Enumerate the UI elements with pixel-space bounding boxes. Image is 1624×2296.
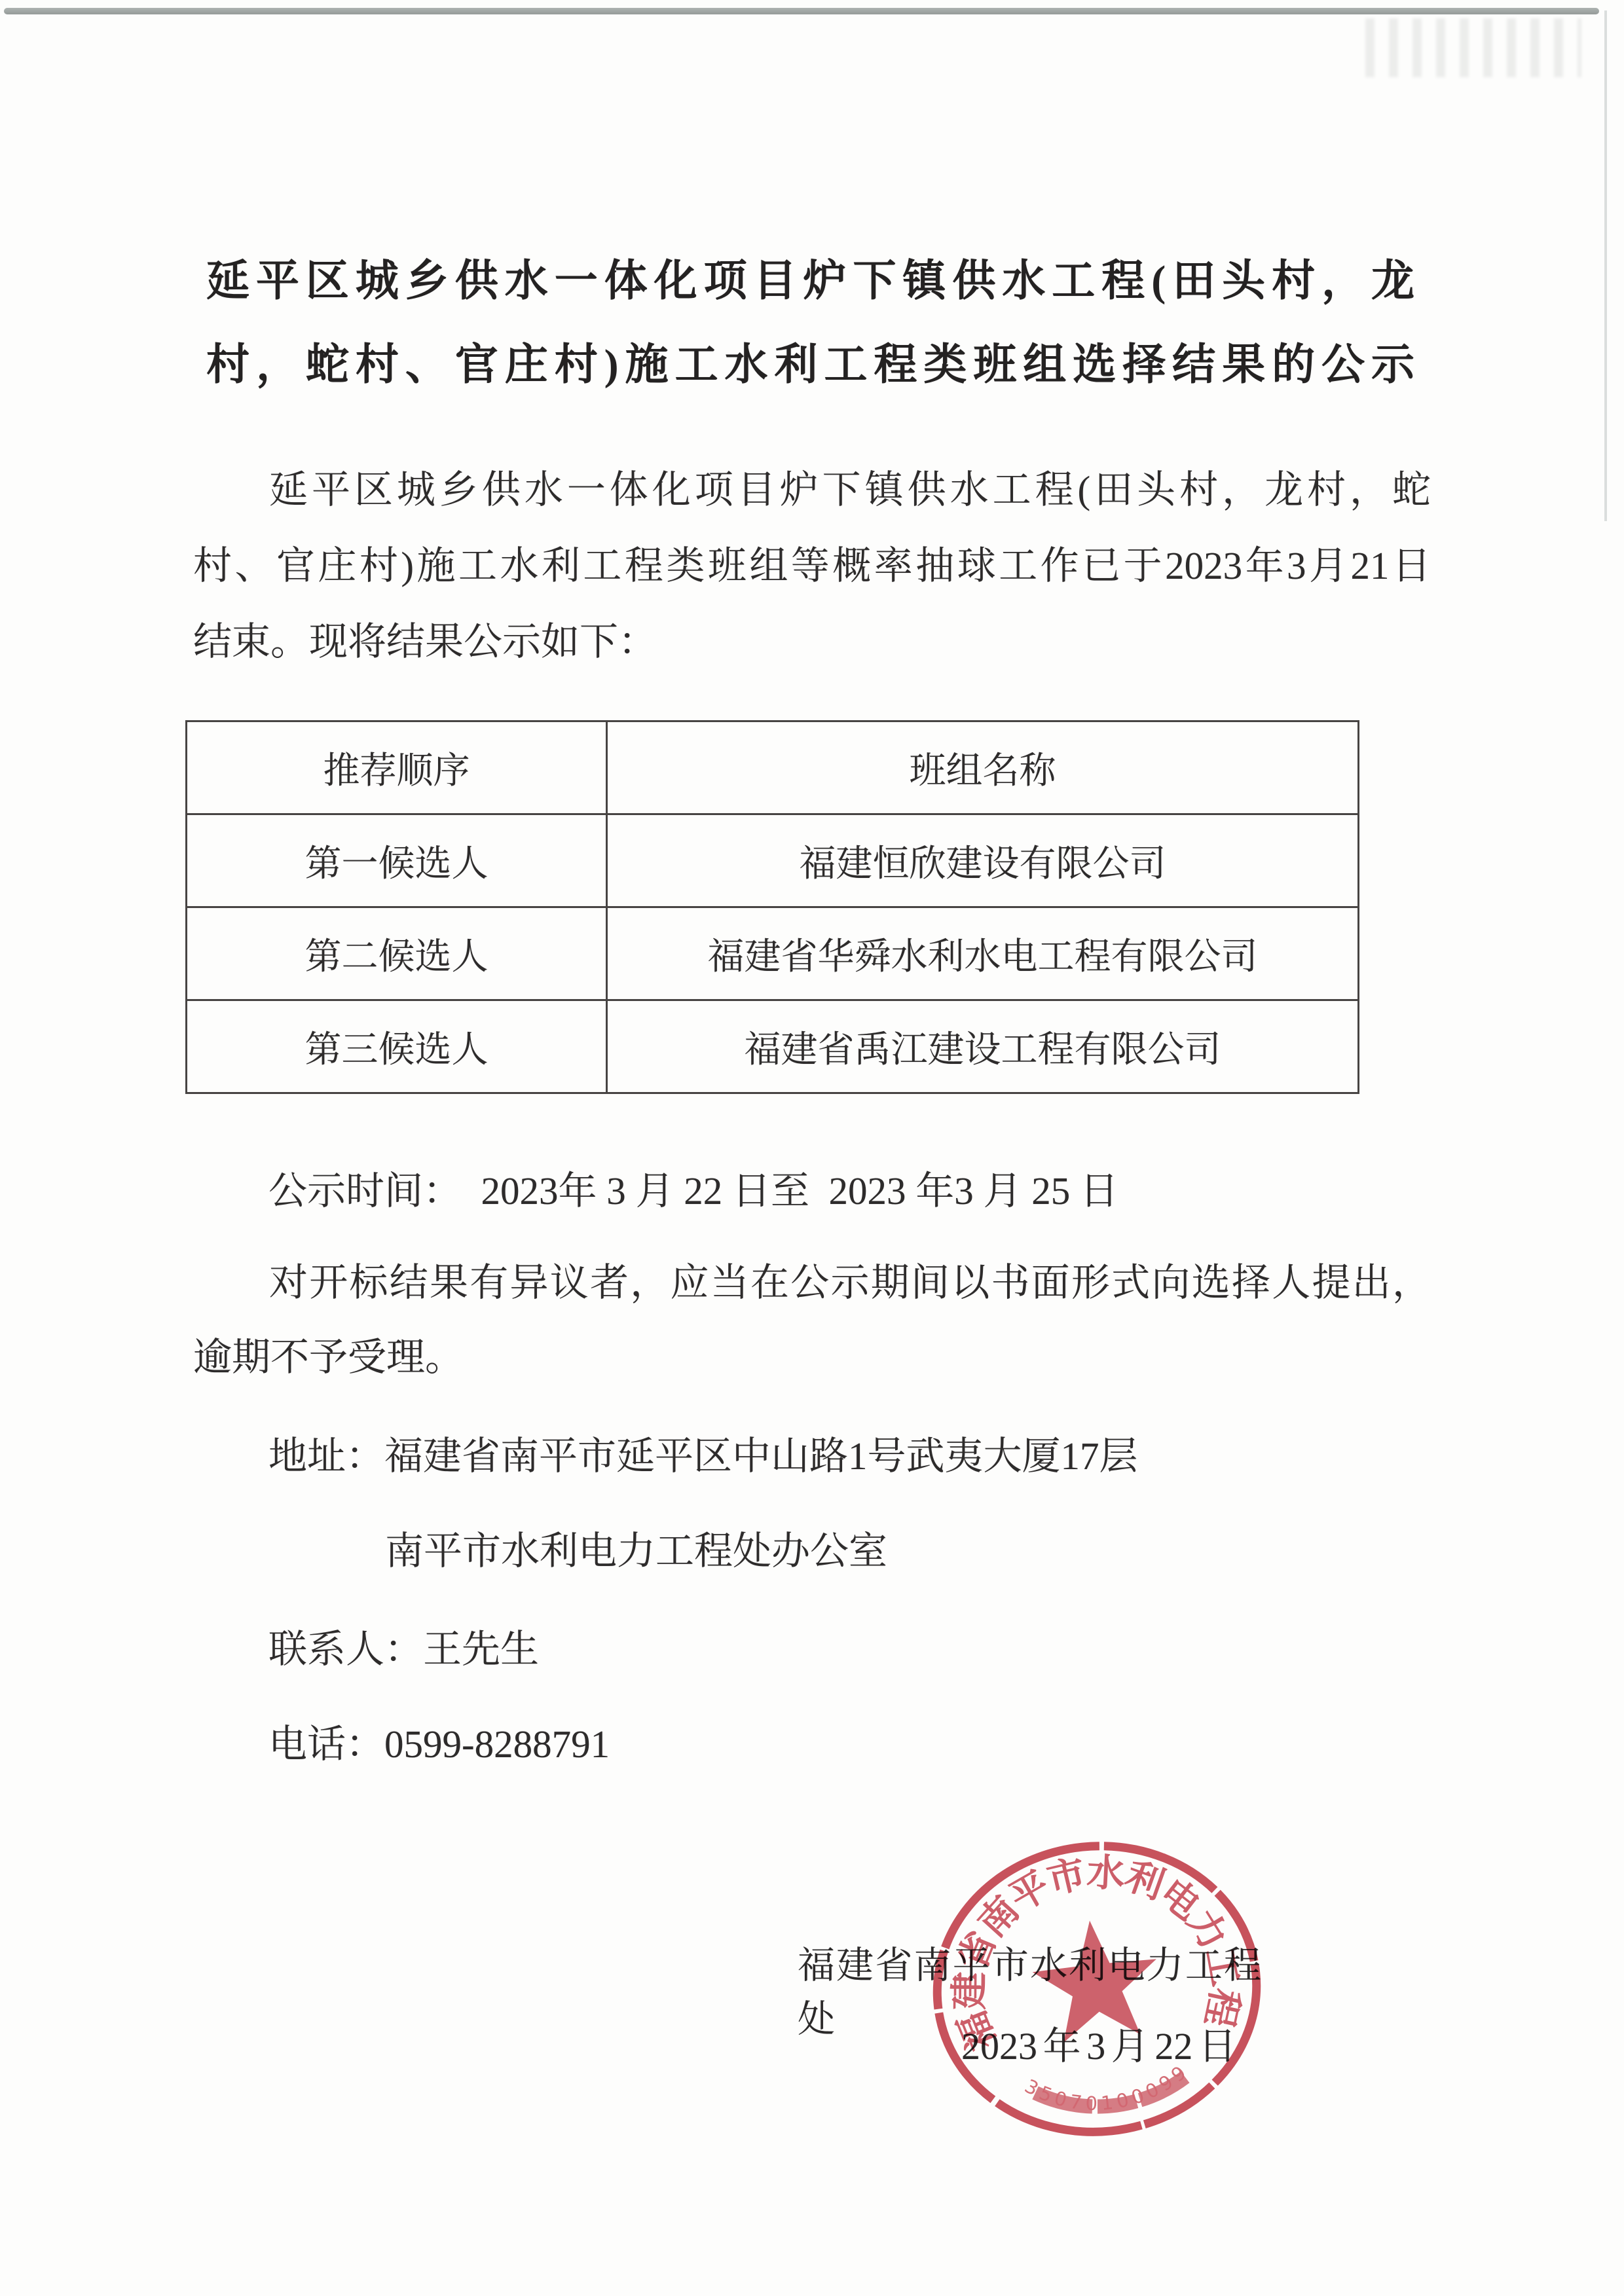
scan-artifact-smudge [1365,18,1581,77]
cell-company-name: 福建省禹江建设工程有限公司 [607,1000,1359,1093]
cell-company-name: 福建省华舜水利水电工程有限公司 [607,907,1359,1000]
candidate-result-table: 推荐顺序 班组名称 第一候选人 福建恒欣建设有限公司 第二候选人 福建省华舜水利… [185,720,1359,1094]
intro-line-1: 延平区城乡供水一体化项目炉下镇供水工程(田头村，龙村，蛇 [193,452,1431,528]
phone-line: 电话：0599-8288791 [268,1722,610,1766]
objection-paragraph: 对开标结果有异议者，应当在公示期间以书面形式向选择人提出， 逾期不予受理。 [193,1245,1431,1394]
header-cell-order: 推荐顺序 [187,721,607,814]
address-line: 地址：福建省南平市延平区中山路1号武夷大厦17层 [268,1434,1138,1478]
title-line-1: 延平区城乡供水一体化项目炉下镇供水工程(田头村，龙 [206,240,1414,323]
table-header-row: 推荐顺序 班组名称 [187,721,1359,814]
table-row: 第三候选人 福建省禹江建设工程有限公司 [187,1000,1359,1093]
cell-candidate-rank: 第三候选人 [187,1000,607,1093]
office-line: 南平市水利电力工程处办公室 [385,1529,887,1573]
table-row: 第二候选人 福建省华舜水利水电工程有限公司 [187,907,1359,1000]
intro-line-3: 结束。现将结果公示如下： [193,604,1431,680]
cell-candidate-rank: 第一候选人 [187,814,607,907]
objection-line-2: 逾期不予受理。 [193,1320,1431,1394]
scan-artifact-right-edge [1604,10,1607,521]
document-title: 延平区城乡供水一体化项目炉下镇供水工程(田头村，龙 村，蛇村、官庄村)施工水利工… [206,240,1414,407]
table-row: 第一候选人 福建恒欣建设有限公司 [187,814,1359,907]
cell-candidate-rank: 第二候选人 [187,907,607,1000]
intro-line-2: 村、官庄村)施工水利工程类班组等概率抽球工作已于2023年3月21日 [193,528,1431,604]
official-red-seal: 福建省南平市水利电力工程处 350701000994 [897,1807,1296,2171]
scanned-document-page: 延平区城乡供水一体化项目炉下镇供水工程(田头村，龙 村，蛇村、官庄村)施工水利工… [0,0,1624,2296]
publicity-time-line: 公示时间： 2023年 3 月 22 日至 2023 年3 月 25 日 [268,1169,1118,1213]
intro-paragraph: 延平区城乡供水一体化项目炉下镇供水工程(田头村，龙村，蛇 村、官庄村)施工水利工… [193,452,1431,680]
title-line-2: 村，蛇村、官庄村)施工水利工程类班组选择结果的公示 [206,323,1414,407]
header-cell-name: 班组名称 [607,721,1359,814]
objection-line-1: 对开标结果有异议者，应当在公示期间以书面形式向选择人提出， [193,1245,1431,1320]
contact-line: 联系人：王先生 [268,1627,539,1671]
cell-company-name: 福建恒欣建设有限公司 [607,814,1359,907]
scan-artifact-top-line [4,8,1599,14]
seal-star-icon [1027,1914,1164,2045]
